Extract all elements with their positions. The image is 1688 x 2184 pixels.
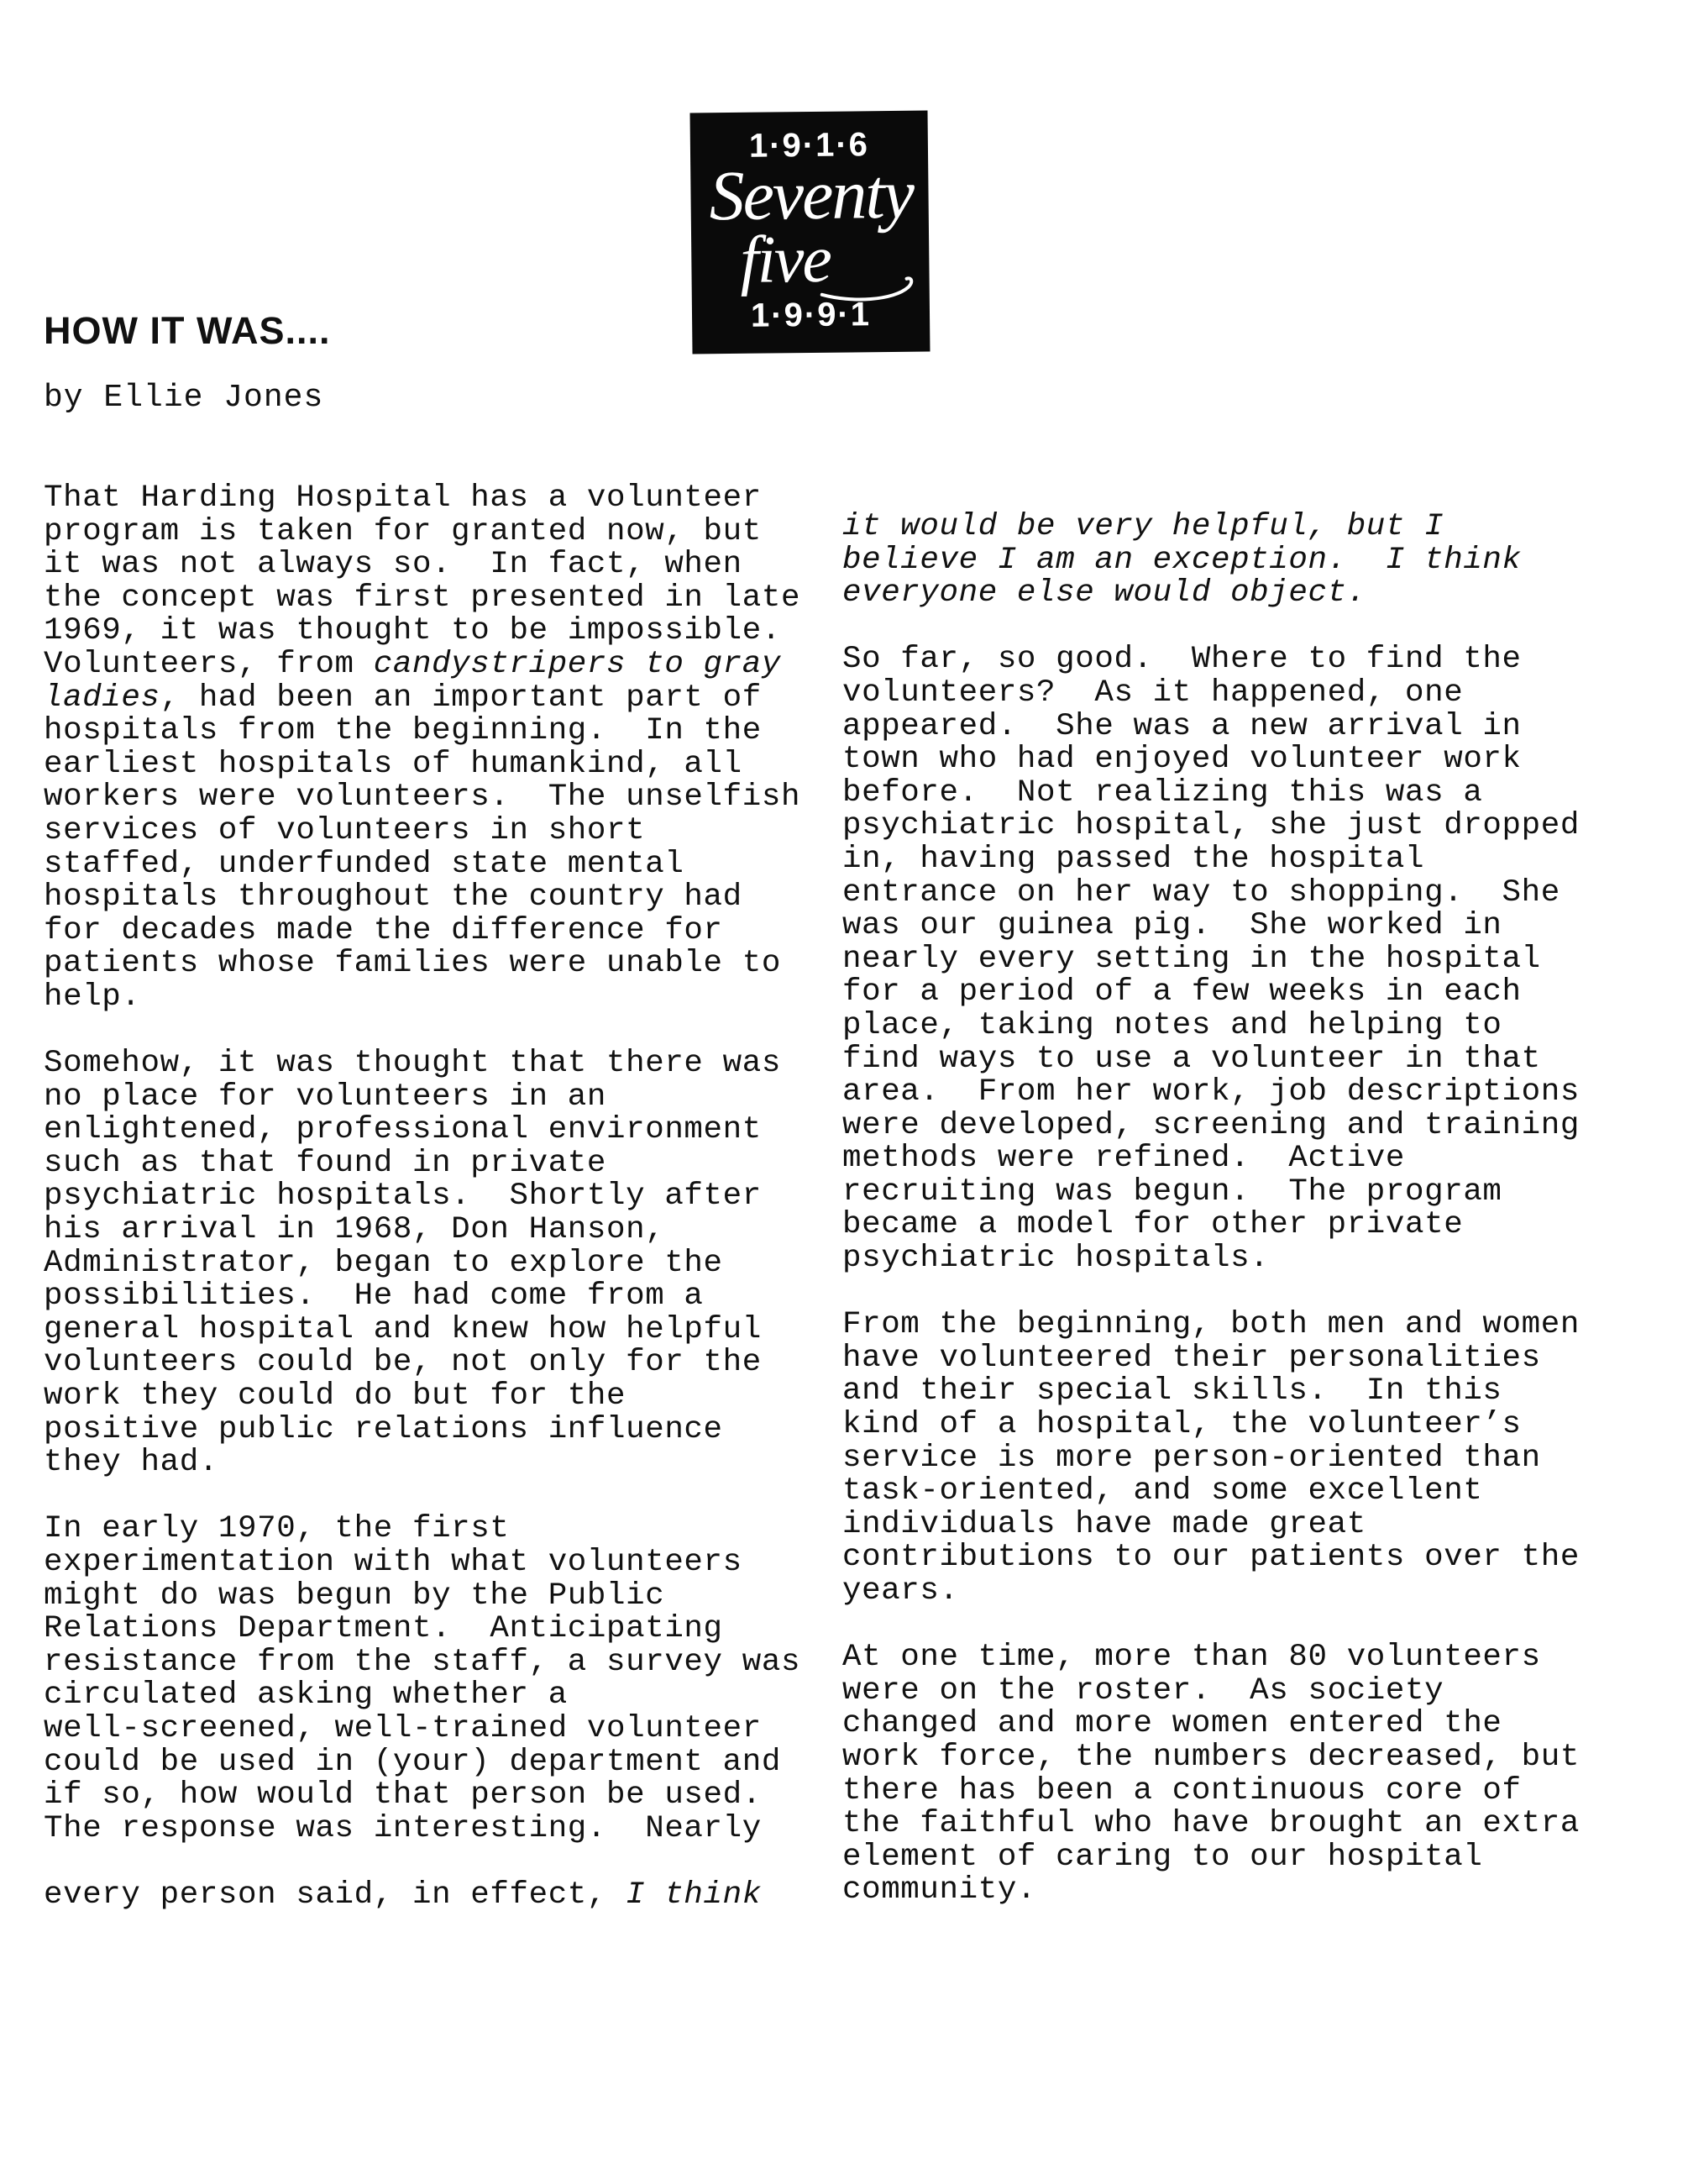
body-text: psychiatric hospitals.: [842, 1241, 1269, 1276]
body-text: circulated asking whether a: [44, 1677, 568, 1713]
body-text: hospitals throughout the country had: [44, 879, 742, 915]
body-text: general hospital and knew how helpful: [44, 1312, 762, 1347]
body-text: positive public relations influence: [44, 1412, 723, 1447]
article-paragraph: That Harding Hospital has a volunteer pr…: [44, 482, 850, 1015]
body-text: The response was interesting. Nearly: [44, 1811, 762, 1846]
body-text: place, taking notes and helping to: [842, 1008, 1502, 1043]
article-byline: by Ellie Jones: [44, 380, 323, 416]
body-text: element of caring to our hospital: [842, 1840, 1482, 1875]
body-text: the faithful who have brought an extra: [842, 1806, 1580, 1841]
italic-text: I think: [626, 1877, 762, 1913]
logo-script-seventy: Seventy: [709, 160, 913, 233]
body-text: Relations Department. Anticipating: [44, 1611, 723, 1646]
italic-text: ladies: [44, 680, 160, 716]
body-text: kind of a hospital, the volunteer’s: [842, 1407, 1522, 1442]
body-text: Somehow, it was thought that there was: [44, 1046, 781, 1081]
body-text: became a model for other private: [842, 1207, 1463, 1242]
logo-year-end: 1·9·9·1: [692, 296, 930, 336]
body-text: Administrator, began to explore the: [44, 1246, 723, 1281]
body-text: workers were volunteers. The unselfish: [44, 780, 800, 815]
body-text: before. Not realizing this was a: [842, 775, 1482, 811]
italic-text: everyone else would object.: [842, 575, 1366, 611]
body-text: contributions to our patients over the: [842, 1540, 1580, 1575]
body-text: methods were refined. Active: [842, 1141, 1405, 1176]
body-text: possibilities. He had come from a: [44, 1278, 704, 1314]
body-text: So far, so good. Where to find the: [842, 642, 1522, 677]
body-text: if so, how would that person be used.: [44, 1777, 762, 1813]
body-text: nearly every setting in the hospital: [842, 942, 1541, 977]
article-paragraph: So far, so good. Where to find the volun…: [842, 643, 1649, 1275]
body-text: were on the roster. As society: [842, 1673, 1444, 1709]
italic-text: candystripers to gray: [374, 647, 781, 682]
body-text: earliest hospitals of humankind, all: [44, 747, 742, 782]
body-text: there has been a continuous core of: [842, 1773, 1522, 1809]
body-text: the concept was first presented in late: [44, 580, 800, 616]
body-text: From the beginning, both men and women: [842, 1307, 1580, 1342]
body-text: enlightened, professional environment: [44, 1112, 762, 1147]
body-text: could be used in (your) department and: [44, 1745, 781, 1780]
body-text: such as that found in private: [44, 1146, 606, 1181]
body-text: have volunteered their personalities: [842, 1341, 1541, 1376]
article-paragraph: From the beginning, both men and women h…: [842, 1309, 1649, 1608]
body-text: appeared. She was a new arrival in: [842, 709, 1522, 744]
body-text: psychiatric hospitals. Shortly after: [44, 1179, 762, 1214]
article-paragraph: Somehow, it was thought that there was n…: [44, 1047, 850, 1480]
body-text: service is more person-oriented than: [842, 1441, 1541, 1476]
body-text: help.: [44, 979, 141, 1015]
body-text: they had.: [44, 1445, 218, 1480]
body-text: was our guinea pig. She worked in: [842, 908, 1502, 943]
body-text: recruiting was begun. The program: [842, 1174, 1502, 1210]
body-text: in, having passed the hospital: [842, 842, 1424, 877]
body-text: were developed, screening and training: [842, 1108, 1580, 1143]
body-text: resistance from the staff, a survey was: [44, 1645, 800, 1680]
body-text: for a period of a few weeks in each: [842, 974, 1522, 1010]
body-text: years.: [842, 1573, 959, 1609]
body-text: for decades made the difference for: [44, 913, 723, 948]
body-text: town who had enjoyed volunteer work: [842, 742, 1522, 777]
article-column-left: That Harding Hospital has a volunteer pr…: [44, 482, 850, 1945]
article-column-right: it would be very helpful, but I believe …: [842, 511, 1649, 1941]
body-text: services of volunteers in short: [44, 813, 645, 848]
body-text: work force, the numbers decreased, but: [842, 1740, 1580, 1775]
article-paragraph: every person said, in effect, I think: [44, 1879, 850, 1913]
body-text: volunteers could be, not only for the: [44, 1345, 762, 1380]
body-text: , had been an important part of: [160, 680, 762, 716]
body-text: area. From her work, job descriptions: [842, 1074, 1580, 1110]
body-text: At one time, more than 80 volunteers: [842, 1640, 1541, 1675]
article-paragraph: At one time, more than 80 volunteers wer…: [842, 1641, 1649, 1908]
article-paragraph: In early 1970, the first experimentation…: [44, 1513, 850, 1845]
body-text: and their special skills. In this: [842, 1373, 1502, 1409]
body-text: individuals have made great: [842, 1507, 1366, 1542]
body-text: task-oriented, and some excellent: [842, 1473, 1482, 1509]
italic-text: it would be very helpful, but I: [842, 509, 1444, 544]
body-text: no place for volunteers in an: [44, 1079, 606, 1115]
body-text: changed and more women entered the: [842, 1706, 1502, 1741]
body-text: hospitals from the beginning. In the: [44, 713, 762, 748]
body-text: his arrival in 1968, Don Hanson,: [44, 1212, 664, 1247]
body-text: Volunteers, from: [44, 647, 374, 682]
italic-text: believe I am an exception. I think: [842, 543, 1522, 578]
anniversary-logo: 1·9·1·6 Seventy five 1·9·9·1: [690, 111, 930, 354]
body-text: staffed, underfunded state mental: [44, 847, 684, 882]
body-text: might do was begun by the Public: [44, 1578, 664, 1614]
body-text: well-screened, well-trained volunteer: [44, 1711, 762, 1746]
body-text: find ways to use a volunteer in that: [842, 1042, 1541, 1077]
body-text: psychiatric hospital, she just dropped: [842, 808, 1580, 843]
body-text: work they could do but for the: [44, 1378, 626, 1414]
body-text: 1969, it was thought to be impossible.: [44, 613, 781, 648]
body-text: every person said, in effect,: [44, 1877, 626, 1913]
body-text: it was not always so. In fact, when: [44, 547, 742, 582]
body-text: patients whose families were unable to: [44, 946, 781, 981]
body-text: That Harding Hospital has a volunteer: [44, 480, 762, 516]
body-text: volunteers? As it happened, one: [842, 675, 1463, 711]
body-text: entrance on her way to shopping. She: [842, 875, 1560, 911]
body-text: community.: [842, 1872, 1036, 1908]
article-paragraph: it would be very helpful, but I believe …: [842, 511, 1649, 611]
body-text: In early 1970, the first: [44, 1511, 510, 1546]
body-text: experimentation with what volunteers: [44, 1545, 742, 1580]
body-text: program is taken for granted now, but: [44, 514, 762, 549]
article-title: HOW IT WAS....: [44, 309, 330, 353]
